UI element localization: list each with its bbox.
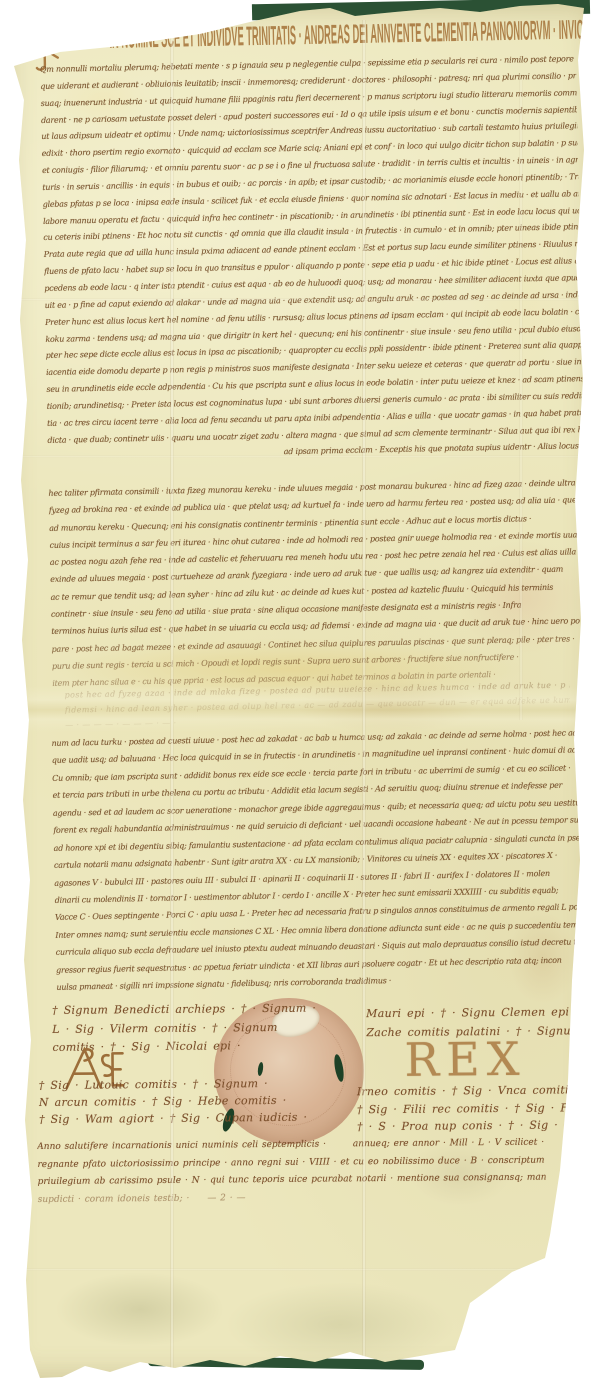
text-line: † Sig · Filii rec comitis · † Sig · Fanc… [357,1099,579,1118]
text-line: † Signum Benedicti archieps · † · Signum… [52,999,352,1020]
text-line: † · S · Proa nup conis · † · Sig · Celu … [357,1116,579,1135]
eschatocol-layer: † Signum Benedicti archieps · † · Signum… [0,0,600,1383]
rex-inscription: REX [404,1036,526,1083]
witness-list-right-bottom: Irneo comitis · † Sig · Vnca comitis · †… [357,1081,579,1135]
dating-clause: Anno salutifere incarnationis unici numi… [37,1135,546,1209]
parchment-sheet: IN NOMINE SCE ET INDIVIDVE TRINITATIS · … [0,0,600,1383]
charter-scan: IN NOMINE SCE ET INDIVIDVE TRINITATIS · … [0,0,600,1383]
text-line: Irneo comitis · † Sig · Vnca comitis · †… [357,1081,579,1100]
text-line: Mauri epi · † · Signu Clemen epi · † Sig… [366,1003,578,1023]
text-line: † Sig · Wam agiort · † Sig · Cupan iudic… [39,1108,339,1128]
witness-list-left-bottom: † Sig · Lutouic comitis · † · Signum ·N … [39,1074,339,1128]
text-line: supdicti · coram idoneis testib; · — 2 ·… [38,1187,546,1209]
